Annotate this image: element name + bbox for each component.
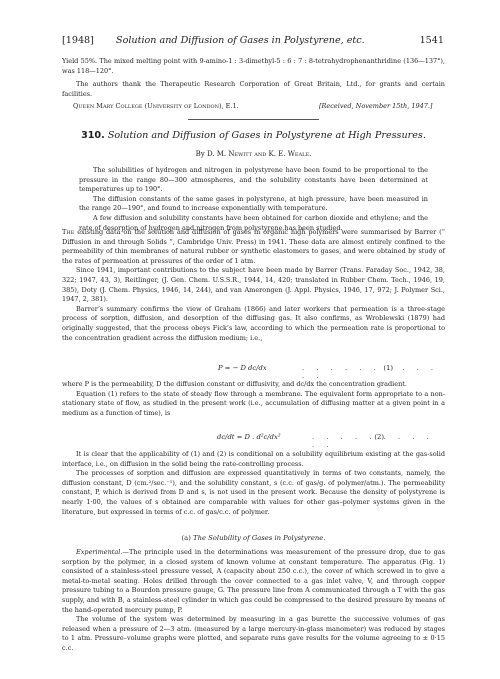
intro-p3: Barrer’s summary confirms the view of Gr… bbox=[62, 305, 445, 343]
article-title: 310. Solution and Diffusion of Gases in … bbox=[62, 130, 445, 141]
section-label: (a) bbox=[182, 534, 191, 542]
section-title: The Solubility of Gases in Polystyrene. bbox=[193, 534, 325, 542]
acknowledgement-text: The authors thank the Therapeutic Resear… bbox=[62, 80, 445, 99]
intro-lead: The bbox=[62, 228, 74, 236]
affiliation: Queen Mary College (University of London… bbox=[73, 102, 239, 112]
section-heading: (a) The Solubility of Gases in Polystyre… bbox=[62, 534, 445, 542]
equation-2-number: (2) bbox=[374, 433, 384, 441]
previous-article-yield: Yield 55%. The mixed melting point with … bbox=[62, 57, 445, 76]
intro-p1: existing data on the solution and diffus… bbox=[62, 228, 445, 265]
intro-p6: It is clear that the applicability of (1… bbox=[62, 450, 445, 469]
article-number: 310. bbox=[81, 130, 105, 141]
authors: D. M. Newitt and K. E. Weale. bbox=[207, 150, 311, 158]
equation-1-number: (1) bbox=[383, 364, 393, 372]
equation-1-formula: P = − D dc/dx bbox=[218, 364, 267, 372]
running-header: [1948] Solution and Diffusion of Gases i… bbox=[62, 35, 444, 49]
experimental-section: Experimental.—The principle used in the … bbox=[62, 548, 445, 654]
abstract: The solubilities of hydrogen and nitroge… bbox=[79, 166, 428, 233]
received-date: [Received, November 15th, 1947.] bbox=[319, 102, 432, 112]
acknowledgement: The authors thank the Therapeutic Resear… bbox=[62, 80, 445, 99]
page-number: 1541 bbox=[420, 35, 444, 46]
equation-1: P = − D dc/dx . . . . . . . . . . . . (1… bbox=[62, 364, 445, 374]
abstract-p1: The solubilities of hydrogen and nitroge… bbox=[79, 166, 428, 195]
abstract-p2: The diffusion constants of the same gase… bbox=[79, 195, 428, 214]
byline: By D. M. Newitt and K. E. Weale. bbox=[62, 150, 445, 158]
header-year: [1948] bbox=[62, 35, 94, 46]
experimental-lead: Experimental. bbox=[76, 548, 122, 556]
journal-page: [1948] Solution and Diffusion of Gases i… bbox=[0, 0, 500, 679]
experimental-p2: The volume of the system was determined … bbox=[62, 615, 445, 653]
header-title: Solution and Diffusion of Gases in Polys… bbox=[116, 35, 365, 46]
intro-paragraphs: The existing data on the solution and di… bbox=[62, 228, 445, 343]
section-divider bbox=[188, 119, 319, 120]
intro-p2: Since 1941, important contributions to t… bbox=[62, 266, 445, 304]
intro-p7: The processes of sorption and diffusion … bbox=[62, 469, 445, 517]
intro-p5: Equation (1) refers to the state of stea… bbox=[62, 390, 445, 419]
byline-prefix: By bbox=[196, 150, 205, 158]
intro-p6-block: It is clear that the applicability of (1… bbox=[62, 450, 445, 517]
intro-p4-block: where P is the permeability, D the diffu… bbox=[62, 380, 445, 418]
equation-2: dc/dt = D . d²c/dx² . . . . . . . . . . … bbox=[62, 433, 445, 443]
experimental-p1: —The principle used in the determination… bbox=[62, 548, 445, 614]
yield-paragraph: Yield 55%. The mixed melting point with … bbox=[62, 57, 445, 76]
equation-2-formula: dc/dt = D . d²c/dx² bbox=[217, 433, 281, 441]
article-title-text: Solution and Diffusion of Gases in Polys… bbox=[108, 130, 426, 141]
intro-p4: where P is the permeability, D the diffu… bbox=[62, 380, 445, 390]
